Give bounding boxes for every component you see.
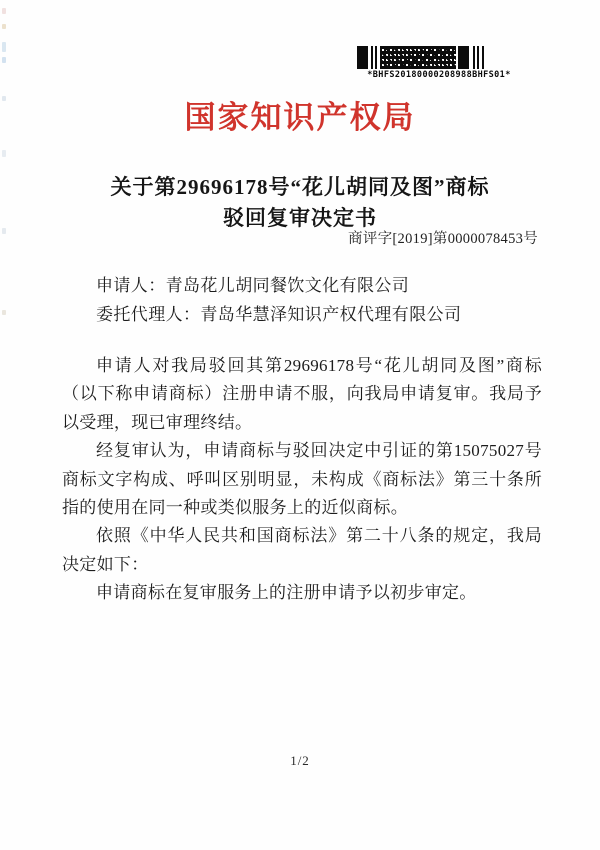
barcode [357,46,521,69]
paragraph-3: 依照《中华人民共和国商标法》第二十八条的规定，我局决定如下： [62,522,542,579]
barcode-text: *BHFS20180000208988BHFS01* [357,70,521,80]
barcode-block: *BHFS20180000208988BHFS01* [357,46,521,80]
parties-block: 申请人：青岛花儿胡同餐饮文化有限公司 委托代理人：青岛华慧泽知识产权代理有限公司 [96,271,540,329]
decision-body: 申请人对我局驳回其第29696178号“花儿胡同及图”商标（以下称申请商标）注册… [62,352,542,608]
reference-number: 商评字[2019]第0000078453号 [348,227,538,248]
scanned-document-page: *BHFS20180000208988BHFS01* 国家知识产权局 关于第29… [0,0,600,850]
agent-line: 委托代理人：青岛华慧泽知识产权代理有限公司 [96,300,540,329]
document-title-line1: 关于第29696178号“花儿胡同及图”商标 [0,172,600,203]
paragraph-2: 经复审认为，申请商标与驳回决定中引证的第15075027号商标文字构成、呼叫区别… [62,437,542,522]
paragraph-1: 申请人对我局驳回其第29696178号“花儿胡同及图”商标（以下称申请商标）注册… [62,352,542,437]
agency-title: 国家知识产权局 [0,92,600,137]
page-number: 1/2 [0,753,600,769]
applicant-line: 申请人：青岛花儿胡同餐饮文化有限公司 [96,271,540,300]
document-title: 关于第29696178号“花儿胡同及图”商标 驳回复审决定书 [0,172,600,234]
paragraph-4: 申请商标在复审服务上的注册申请予以初步审定。 [62,579,542,607]
